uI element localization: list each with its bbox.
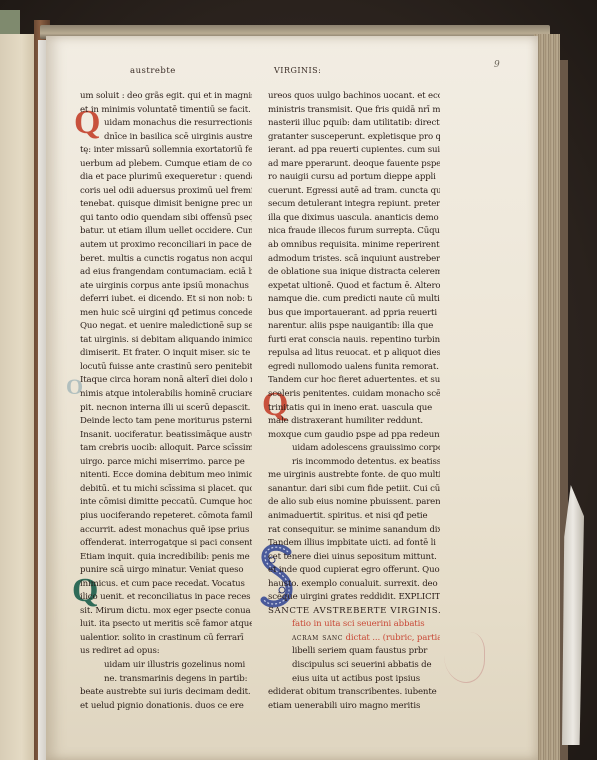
text-line: discipulus sci seuerini abbatis de bbox=[268, 659, 440, 673]
text-line: offenderat. interrogatque si paci consen… bbox=[80, 537, 252, 551]
text-line: de alio sub eius nomine pbuissent. paren… bbox=[268, 496, 440, 510]
text-line: ierant. ad ppa reuerti cupientes. cum su… bbox=[268, 144, 440, 158]
left-column: um soluit : deo grãs egit. qui et in mag… bbox=[80, 90, 252, 713]
text-line: punire scā uirgo minatur. Veniat queso bbox=[80, 564, 252, 578]
text-line: nitenti. Ecce domina debitum meo inimico bbox=[80, 469, 252, 483]
text-line: us rediret ad opus: bbox=[80, 645, 252, 659]
right-column: ureos quos uulgo bachinos uocant. et ecc… bbox=[268, 90, 440, 713]
text-line: bus que importauerant. ad ppria reuerti … bbox=[268, 307, 440, 321]
explicit-text: SANCTE AVSTREBERTE VIRGINIS. bbox=[268, 606, 440, 616]
text-line: egredi nullomodo ualens funita remorat. bbox=[268, 361, 440, 375]
rubric-text: dictat ... (rubric, partially legible) bbox=[346, 633, 440, 643]
text-line: narentur. aliis pspe nauigantib: illa qu… bbox=[268, 320, 440, 334]
manuscript-page: 9 austrebte VIRGINIS: Q O Q Q um soluit … bbox=[46, 36, 538, 760]
text-line: furti erat conscia nauis. repentino turb… bbox=[268, 334, 440, 348]
text-line: tat uirginis. si debitam aliquando inimi… bbox=[80, 334, 252, 348]
text-line: trinitatis qui in ineno erat. uascula qu… bbox=[268, 402, 440, 416]
text-line: animaduertit. spiritus. et nisi qđ petie bbox=[268, 510, 440, 524]
text-line: ad eius frangendam contumaciam. eciā be bbox=[80, 266, 252, 280]
previous-leaf bbox=[0, 34, 36, 760]
text-line: secum detulerant integra repiunt. preter bbox=[268, 198, 440, 212]
text-line: ate uirginis corpus ante ipsiū monachus bbox=[80, 280, 252, 294]
text-line: men huic scē uirgini qđ petimus concede. bbox=[80, 307, 252, 321]
folio-number: 9 bbox=[494, 60, 500, 70]
text-line: uerbum ad plebem. Cumque etiam de concor bbox=[80, 158, 252, 172]
text-line: ministris transmisit. Que fris quidā nrī… bbox=[268, 104, 440, 118]
text-line: admodum tristes. scā inquiunt austrebert… bbox=[268, 253, 440, 267]
text-line: eius uita ut actibus post ipsius bbox=[268, 673, 440, 687]
text-line: Etiam inquit. quia incredibilib: penis m… bbox=[80, 551, 252, 565]
text-line: ualentior. solito in crastinum cū ferrar… bbox=[80, 632, 252, 646]
text-line: ris incommodo detentus. ex beatissi bbox=[268, 456, 440, 470]
text-line: gratanter susceperunt. expletisque pro q… bbox=[268, 131, 440, 145]
text-line: expetat ultionē. Quod et factum ē. Alter… bbox=[268, 280, 440, 294]
incipit-text: acram sanc bbox=[292, 633, 343, 643]
text-line: accurrit. adest monachus quē ipse prius bbox=[80, 524, 252, 538]
text-line: sceleris penitentes. cuidam monacho scē bbox=[268, 388, 440, 402]
text-line: uidam uir illustris gozelinus nomi bbox=[80, 659, 252, 673]
text-line: sit. Mirum dictu. mox eger psecte conua bbox=[80, 605, 252, 619]
text-line: tę: inter missarū sollemnia exortatoriū … bbox=[80, 144, 252, 158]
text-line: dnīce in basilica scē uirginis austreb bbox=[80, 131, 252, 145]
text-line: Tandem illius impbitate uicti. ad fontē … bbox=[268, 537, 440, 551]
text-line: ne. transmarinis degens in partib: bbox=[80, 673, 252, 687]
text-line: ureos quos uulgo bachinos uocant. et ecc… bbox=[268, 90, 440, 104]
rubric-line: fatio in uita sci seuerini abbatis bbox=[268, 618, 440, 632]
text-line: uirgo. parce michi miserrimo. parce pe bbox=[80, 456, 252, 470]
text-line: locutū fuisse ante crastinū sero peniteb… bbox=[80, 361, 252, 375]
text-line: scēque uirgini grates reddidit. EXPLICIT… bbox=[268, 591, 440, 605]
text-line: ediderat obitum transcribentes. iubente bbox=[268, 686, 440, 700]
text-line: sanantur. dari sibi cum fide petiit. Cui… bbox=[268, 483, 440, 497]
text-line: et uelud pignio donationis. duos ce ere bbox=[80, 700, 252, 714]
text-line: repulsa ad litus reuocat. et p aliquot d… bbox=[268, 347, 440, 361]
text-line: Deinde lecto tam pene moriturus psternit… bbox=[80, 415, 252, 429]
text-line: cuerunt. Egressi autē ad t̄ram. cuncta q… bbox=[268, 185, 440, 199]
text-line: etiam uenerabili uiro magno meritis bbox=[268, 700, 440, 714]
text-line: ab omnibus requisita. minime reperirent. bbox=[268, 239, 440, 253]
text-line: tam crebris uocib: alloquit. Parce scīss… bbox=[80, 442, 252, 456]
text-line: Quo negat. et uenire maledictionē sup se… bbox=[80, 320, 252, 334]
text-line: beate austrebte sui iuris decimam dedit. bbox=[80, 686, 252, 700]
text-line: nica fraude illecos furum surrepta. Cūqu… bbox=[268, 225, 440, 239]
text-line: acram sanc dictat ... (rubric, partially… bbox=[268, 632, 440, 646]
text-line: uidam adolescens grauissimo corpo bbox=[268, 442, 440, 456]
text-line: et inde quod cupierat egro offerunt. Quo bbox=[268, 564, 440, 578]
text-line: ad mare pperarunt. deoque fauente pspe bbox=[268, 158, 440, 172]
text-line: hausto. exemplo conualuit. surrexit. deo bbox=[268, 578, 440, 592]
text-line: luit. ita psecto ut meritis scē famor at… bbox=[80, 618, 252, 632]
text-line: Insanit. uociferatur. beatissimāque aust… bbox=[80, 429, 252, 443]
text-line: qui tanto odio quendam sibi offensū pseq bbox=[80, 212, 252, 226]
text-line: illa que diximus uascula. ananticis demo bbox=[268, 212, 440, 226]
text-line: moxque cum gaudio pspe ad ppa redeunt. bbox=[268, 429, 440, 443]
text-line: cet tenere diei uinus sepositum mittunt. bbox=[268, 551, 440, 565]
text-line: dia et pace plurimū exequeretur : quendā… bbox=[80, 171, 252, 185]
text-line: nimis atque intolerabilis hominē cruciar… bbox=[80, 388, 252, 402]
text-line: pius uociferando repeteret. cōmota famil… bbox=[80, 510, 252, 524]
text-line: Tandem cur hoc fieret aduertentes. et su… bbox=[268, 374, 440, 388]
text-line: et in minimis voluntatē timentiū se faci… bbox=[80, 104, 252, 118]
text-line: ro nauigii cursu ad portum dieppe appli bbox=[268, 171, 440, 185]
text-line: rat consequitur. se minime sanandum dixi… bbox=[268, 524, 440, 538]
text-line: ilico uenit. et reconciliatus in pace re… bbox=[80, 591, 252, 605]
text-line: debitū. et tu michi scīssima si placet. … bbox=[80, 483, 252, 497]
text-line: um soluit : deo grãs egit. qui et in mag… bbox=[80, 90, 252, 104]
text-line: uidam monachus die resurrectionis bbox=[80, 117, 252, 131]
text-line: coris uel odii aduersus proximū uel frem… bbox=[80, 185, 252, 199]
text-line: libelli seriem quam faustus prbr bbox=[268, 645, 440, 659]
text-line: inimicus. et cum pace recedat. Vocatus bbox=[80, 578, 252, 592]
text-line: deferri iubet. ei dicendo. Et si non nob… bbox=[80, 293, 252, 307]
text-line: me uirginis austrebte fonte. de quo mult… bbox=[268, 469, 440, 483]
text-line: batur. ut etiam illum uellet occidere. C… bbox=[80, 225, 252, 239]
text-line: inte cōmisi dimitte peccatū. Cumque hoc … bbox=[80, 496, 252, 510]
text-line: nasterii illuc pquib: dam utilitatib: di… bbox=[268, 117, 440, 131]
text-line: beret. multis a cunctis rogatus non acqu… bbox=[80, 253, 252, 267]
text-line: dimiserit. Et frater. O inquit miser. si… bbox=[80, 347, 252, 361]
marginal-pen-trace bbox=[444, 632, 485, 683]
running-head-left: austrebte bbox=[130, 66, 176, 76]
text-line: male distraxerant humiliter reddunt. bbox=[268, 415, 440, 429]
text-line: autem ut proximo reconciliari in pace de bbox=[80, 239, 252, 253]
text-line: Itaque circa horam nonā alterī diei dolo… bbox=[80, 374, 252, 388]
text-line: pit. necnon interna illi ui scerū depasc… bbox=[80, 402, 252, 416]
text-line: tenebat. quisque dimisit benigne prec un… bbox=[80, 198, 252, 212]
text-line: namque die. cum predicti naute cū multis… bbox=[268, 293, 440, 307]
running-head-right: VIRGINIS: bbox=[274, 66, 321, 75]
explicit-line: SANCTE AVSTREBERTE VIRGINIS. Incip ṗ bbox=[268, 605, 440, 619]
text-line: de oblatione sua inique distracta celere… bbox=[268, 266, 440, 280]
